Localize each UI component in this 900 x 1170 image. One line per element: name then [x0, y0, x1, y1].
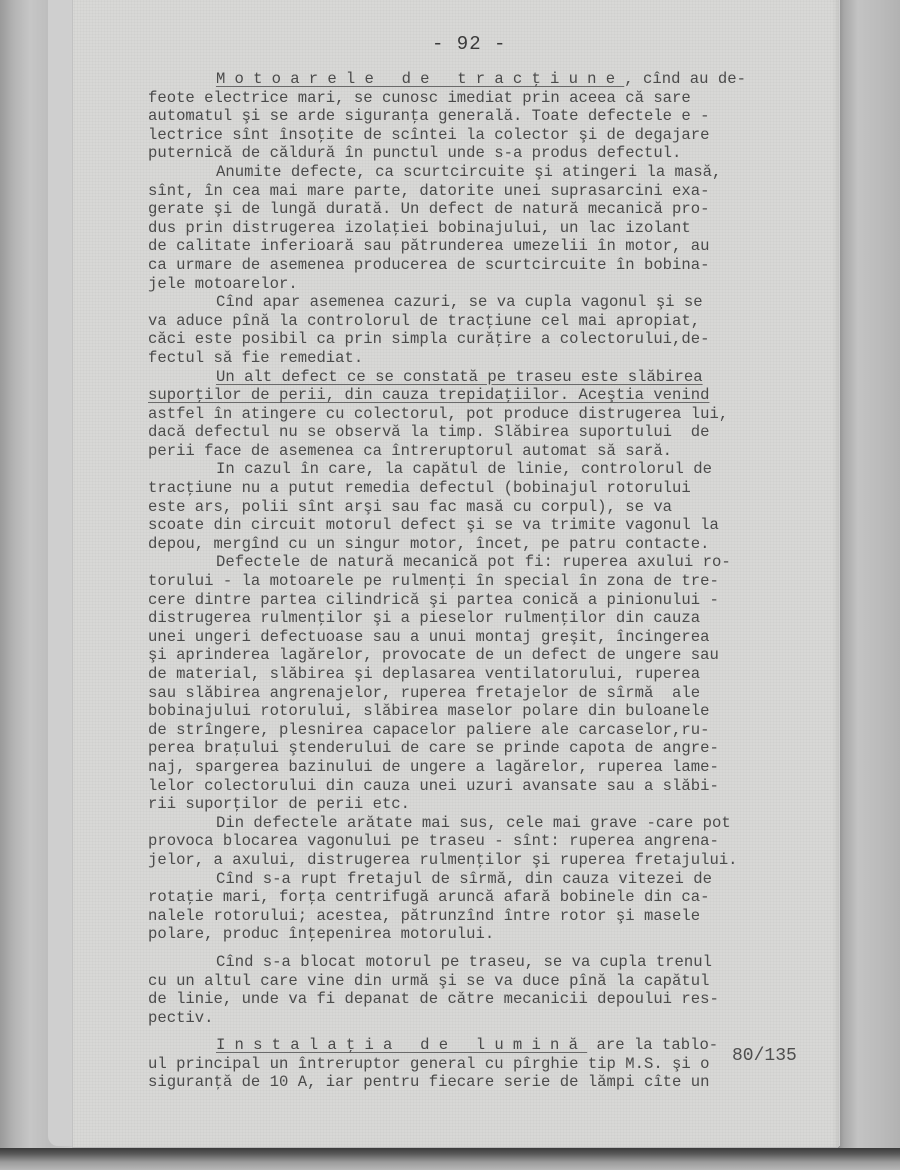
- text-line: naj, spargerea bazinului de ungere a lag…: [148, 758, 820, 777]
- paragraph: Un alt defect ce se constată pe traseu e…: [148, 368, 820, 461]
- text-line: ca urmare de asemenea producerea de scur…: [148, 256, 820, 275]
- paragraph: Cînd s-a rupt fretajul de sîrmă, din cau…: [148, 870, 820, 944]
- text-line: dus prin distrugerea izolaţiei bobinajul…: [148, 219, 820, 238]
- text-line: distrugerea rulmenţilor şi a pieselor ru…: [148, 609, 820, 628]
- text-line: jele motoarelor.: [148, 275, 820, 294]
- text-line: feote electrice mari, se cunosc imediat …: [148, 89, 820, 108]
- text-line: bobinajului rotorului, slăbirea maselor …: [148, 702, 820, 721]
- text-line: lectrice sînt însoţite de scîntei la col…: [148, 126, 820, 145]
- text-line: pectiv.: [148, 1009, 820, 1028]
- scanner-background-bottom: [0, 1148, 900, 1170]
- paragraph: Motoarele de tracţiune, cînd au de- feot…: [148, 70, 820, 163]
- text-line: scoate din circuit motorul defect şi se …: [148, 516, 820, 535]
- paragraph: Din defectele arătate mai sus, cele mai …: [148, 814, 820, 870]
- text-line: Defectele de natură mecanică pot fi: rup…: [148, 553, 820, 572]
- text-line: de strîngere, plesnirea capacelor palier…: [148, 721, 820, 740]
- text-line: Anumite defecte, ca scurtcircuite şi ati…: [148, 163, 820, 182]
- text-line: automatul şi se arde siguranţa generală.…: [148, 107, 820, 126]
- text-line: sau slăbirea angrenajelor, ruperea freta…: [148, 684, 820, 703]
- text-line: Cînd apar asemenea cazuri, se va cupla v…: [148, 293, 820, 312]
- text-line: de material, slăbirea şi deplasarea vent…: [148, 665, 820, 684]
- text-line: Instalaţia de lumină are la tablo-: [148, 1036, 820, 1055]
- text-line: gerate şi de lungă durată. Un defect de …: [148, 200, 820, 219]
- document-body: Motoarele de tracţiune, cînd au de- feot…: [148, 70, 820, 1092]
- text-line: de calitate inferioară sau pătrunderea u…: [148, 237, 820, 256]
- text-line-underlined: suporţilor de perii, din cauza trepidaţi…: [148, 386, 820, 405]
- text-line: fectul să fie remediat.: [148, 349, 820, 368]
- paragraph: Defectele de natură mecanică pot fi: rup…: [148, 553, 820, 813]
- paragraph-gap: [148, 944, 820, 953]
- text-line: va aduce pînă la controlorul de tracţiun…: [148, 312, 820, 331]
- text-line: tracţiune nu a putut remedia defectul (b…: [148, 479, 820, 498]
- text-line: depou, mergînd cu un singur motor, încet…: [148, 535, 820, 554]
- section-heading: Motoarele de tracţiune: [216, 70, 624, 88]
- text-line: cere dintre partea cilindrică şi partea …: [148, 591, 820, 610]
- text-line: căci este posibil ca prin simpla curăţir…: [148, 330, 820, 349]
- page-header-number: - 92 -: [432, 33, 506, 55]
- text-line: ul principal un întreruptor general cu p…: [148, 1055, 820, 1074]
- text-line: lelor colectorului din cauza unei uzuri …: [148, 777, 820, 796]
- text-line: este ars, polii sînt arşi sau fac masă c…: [148, 498, 820, 517]
- text-line: de linie, unde va fi depanat de către me…: [148, 990, 820, 1009]
- text-line: Din defectele arătate mai sus, cele mai …: [148, 814, 820, 833]
- paragraph-gap: [148, 1027, 820, 1036]
- scanner-background-right: [838, 0, 900, 1170]
- text-line: Motoarele de tracţiune, cînd au de-: [148, 70, 820, 89]
- text-line: torului - la motoarele pe rulmenţi în sp…: [148, 572, 820, 591]
- paragraph: Anumite defecte, ca scurtcircuite şi ati…: [148, 163, 820, 293]
- text-line: provoca blocarea vagonului pe traseu - s…: [148, 832, 820, 851]
- text-line: rotaţie mari, forţa centrifugă aruncă af…: [148, 888, 820, 907]
- text-line: rii suporţilor de perii etc.: [148, 795, 820, 814]
- text-line: perii face de asemenea ca întreruptorul …: [148, 442, 820, 461]
- text-line: cu un altul care vine din urmă şi se va …: [148, 972, 820, 991]
- text-line: dacă defectul nu se observă la timp. Slă…: [148, 423, 820, 442]
- text-line: sînt, în cea mai mare parte, datorite un…: [148, 182, 820, 201]
- text-line: puternică de căldură în punctul unde s-a…: [148, 144, 820, 163]
- text-line: In cazul în care, la capătul de linie, c…: [148, 460, 820, 479]
- text-line: astfel în atingere cu colectorul, pot pr…: [148, 405, 820, 424]
- text-line: nalele rotorului; acestea, pătrunzînd în…: [148, 907, 820, 926]
- section-heading: Instalaţia de lumină: [216, 1036, 587, 1054]
- text-line: şi aprinderea lagărelor, provocate de un…: [148, 646, 820, 665]
- text-line: unei ungeri defectuoase sau a unui monta…: [148, 628, 820, 647]
- text-fragment: , cînd au de-: [624, 70, 746, 88]
- text-line: Cînd s-a rupt fretajul de sîrmă, din cau…: [148, 870, 820, 889]
- paragraph: Cînd s-a blocat motorul pe traseu, se va…: [148, 953, 820, 1027]
- text-line: Cînd s-a blocat motorul pe traseu, se va…: [148, 953, 820, 972]
- text-line: jelor, a axului, distrugerea rulmenţilor…: [148, 851, 820, 870]
- paragraph: Instalaţia de lumină are la tablo- ul pr…: [148, 1036, 820, 1092]
- archive-reference-number: 80/135: [732, 1046, 797, 1066]
- text-line: siguranţă de 10 A, iar pentru fiecare se…: [148, 1073, 820, 1092]
- text-line: perea braţului ştenderului de care se pr…: [148, 739, 820, 758]
- text-fragment: are la tablo-: [587, 1036, 718, 1054]
- paragraph: In cazul în care, la capătul de linie, c…: [148, 460, 820, 553]
- text-line: polare, produc înţepenirea motorului.: [148, 925, 820, 944]
- paragraph: Cînd apar asemenea cazuri, se va cupla v…: [148, 293, 820, 367]
- text-line-underlined: Un alt defect ce se constată pe traseu e…: [148, 368, 820, 387]
